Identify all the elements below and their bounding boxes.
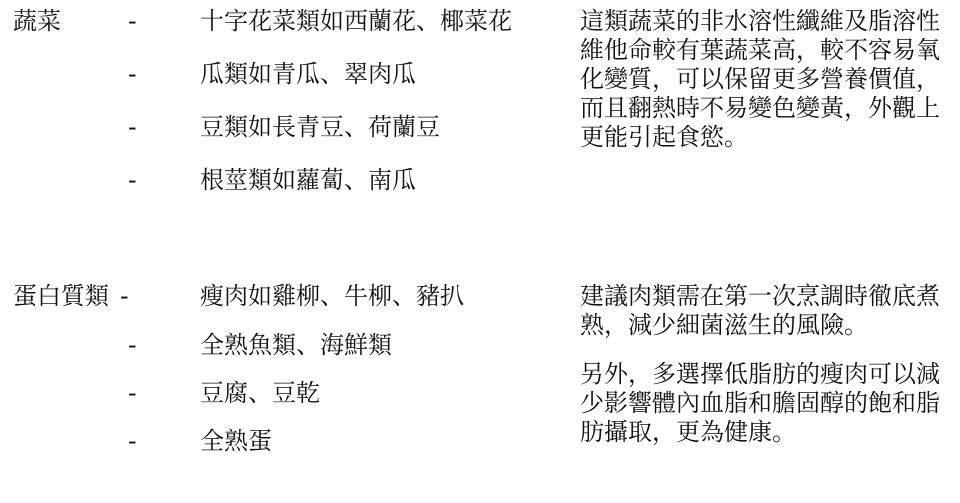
- bullet-dash: -: [128, 112, 137, 142]
- notes-paragraph: 這類蔬菜的非水溶性纖維及脂溶性維他命較有葉蔬菜高，較不容易氧化變質，可以保留更多…: [580, 7, 952, 152]
- section-vegetables: 蔬菜 - 十字花菜類如西蘭花、椰菜花 - 瓜類如青瓜、翠肉瓜 - 豆類如長青豆、…: [0, 0, 960, 250]
- bullet-dash: -: [128, 426, 137, 456]
- list-item-text: 根莖類如蘿蔔、南瓜: [200, 165, 416, 195]
- bullet-dash: -: [128, 330, 137, 360]
- note-text: 這類蔬菜的非水溶性纖維及脂溶性維他命較有葉蔬菜高，較不容易氧化變質，可以保留更多…: [580, 7, 952, 152]
- list-item: - 瘦肉如雞柳、牛柳、豬扒: [0, 281, 580, 311]
- list-item-text: 瓜類如青瓜、翠肉瓜: [200, 59, 416, 89]
- list-item: - 豆腐、豆乾: [0, 378, 580, 408]
- bullet-dash: -: [128, 378, 137, 408]
- list-item-text: 全熟魚類、海鮮類: [200, 330, 392, 360]
- list-item: - 根莖類如蘿蔔、南瓜: [0, 165, 580, 195]
- list-item: - 瓜類如青瓜、翠肉瓜: [0, 59, 580, 89]
- bullet-dash: -: [128, 165, 137, 195]
- list-item-text: 豆腐、豆乾: [200, 378, 320, 408]
- bullet-dash: -: [128, 59, 137, 89]
- list-item: - 豆類如長青豆、荷蘭豆: [0, 112, 580, 142]
- bullet-dash: -: [120, 281, 129, 311]
- list-item: - 十字花菜類如西蘭花、椰菜花: [0, 6, 580, 36]
- list-item-text: 豆類如長青豆、荷蘭豆: [200, 112, 440, 142]
- section-protein: 蛋白質類 - 瘦肉如雞柳、牛柳、豬扒 - 全熟魚類、海鮮類 - 豆腐、豆乾 - …: [0, 275, 960, 503]
- note-text: 建議肉類需在第一次烹調時徹底煮熟，減少細菌滋生的風險。: [580, 282, 952, 340]
- list-item: - 全熟魚類、海鮮類: [0, 330, 580, 360]
- list-item-text: 瘦肉如雞柳、牛柳、豬扒: [200, 281, 464, 311]
- notes-paragraph: 建議肉類需在第一次烹調時徹底煮熟，減少細菌滋生的風險。 另外，多選擇低脂肪的瘦肉…: [580, 282, 952, 447]
- list-item-text: 十字花菜類如西蘭花、椰菜花: [200, 6, 512, 36]
- list-item: - 全熟蛋: [0, 426, 580, 456]
- list-item-text: 全熟蛋: [200, 426, 272, 456]
- bullet-dash: -: [128, 6, 137, 36]
- note-text: 另外，多選擇低脂肪的瘦肉可以減少影響體內血脂和膽固醇的飽和脂肪攝取，更為健康。: [580, 360, 952, 447]
